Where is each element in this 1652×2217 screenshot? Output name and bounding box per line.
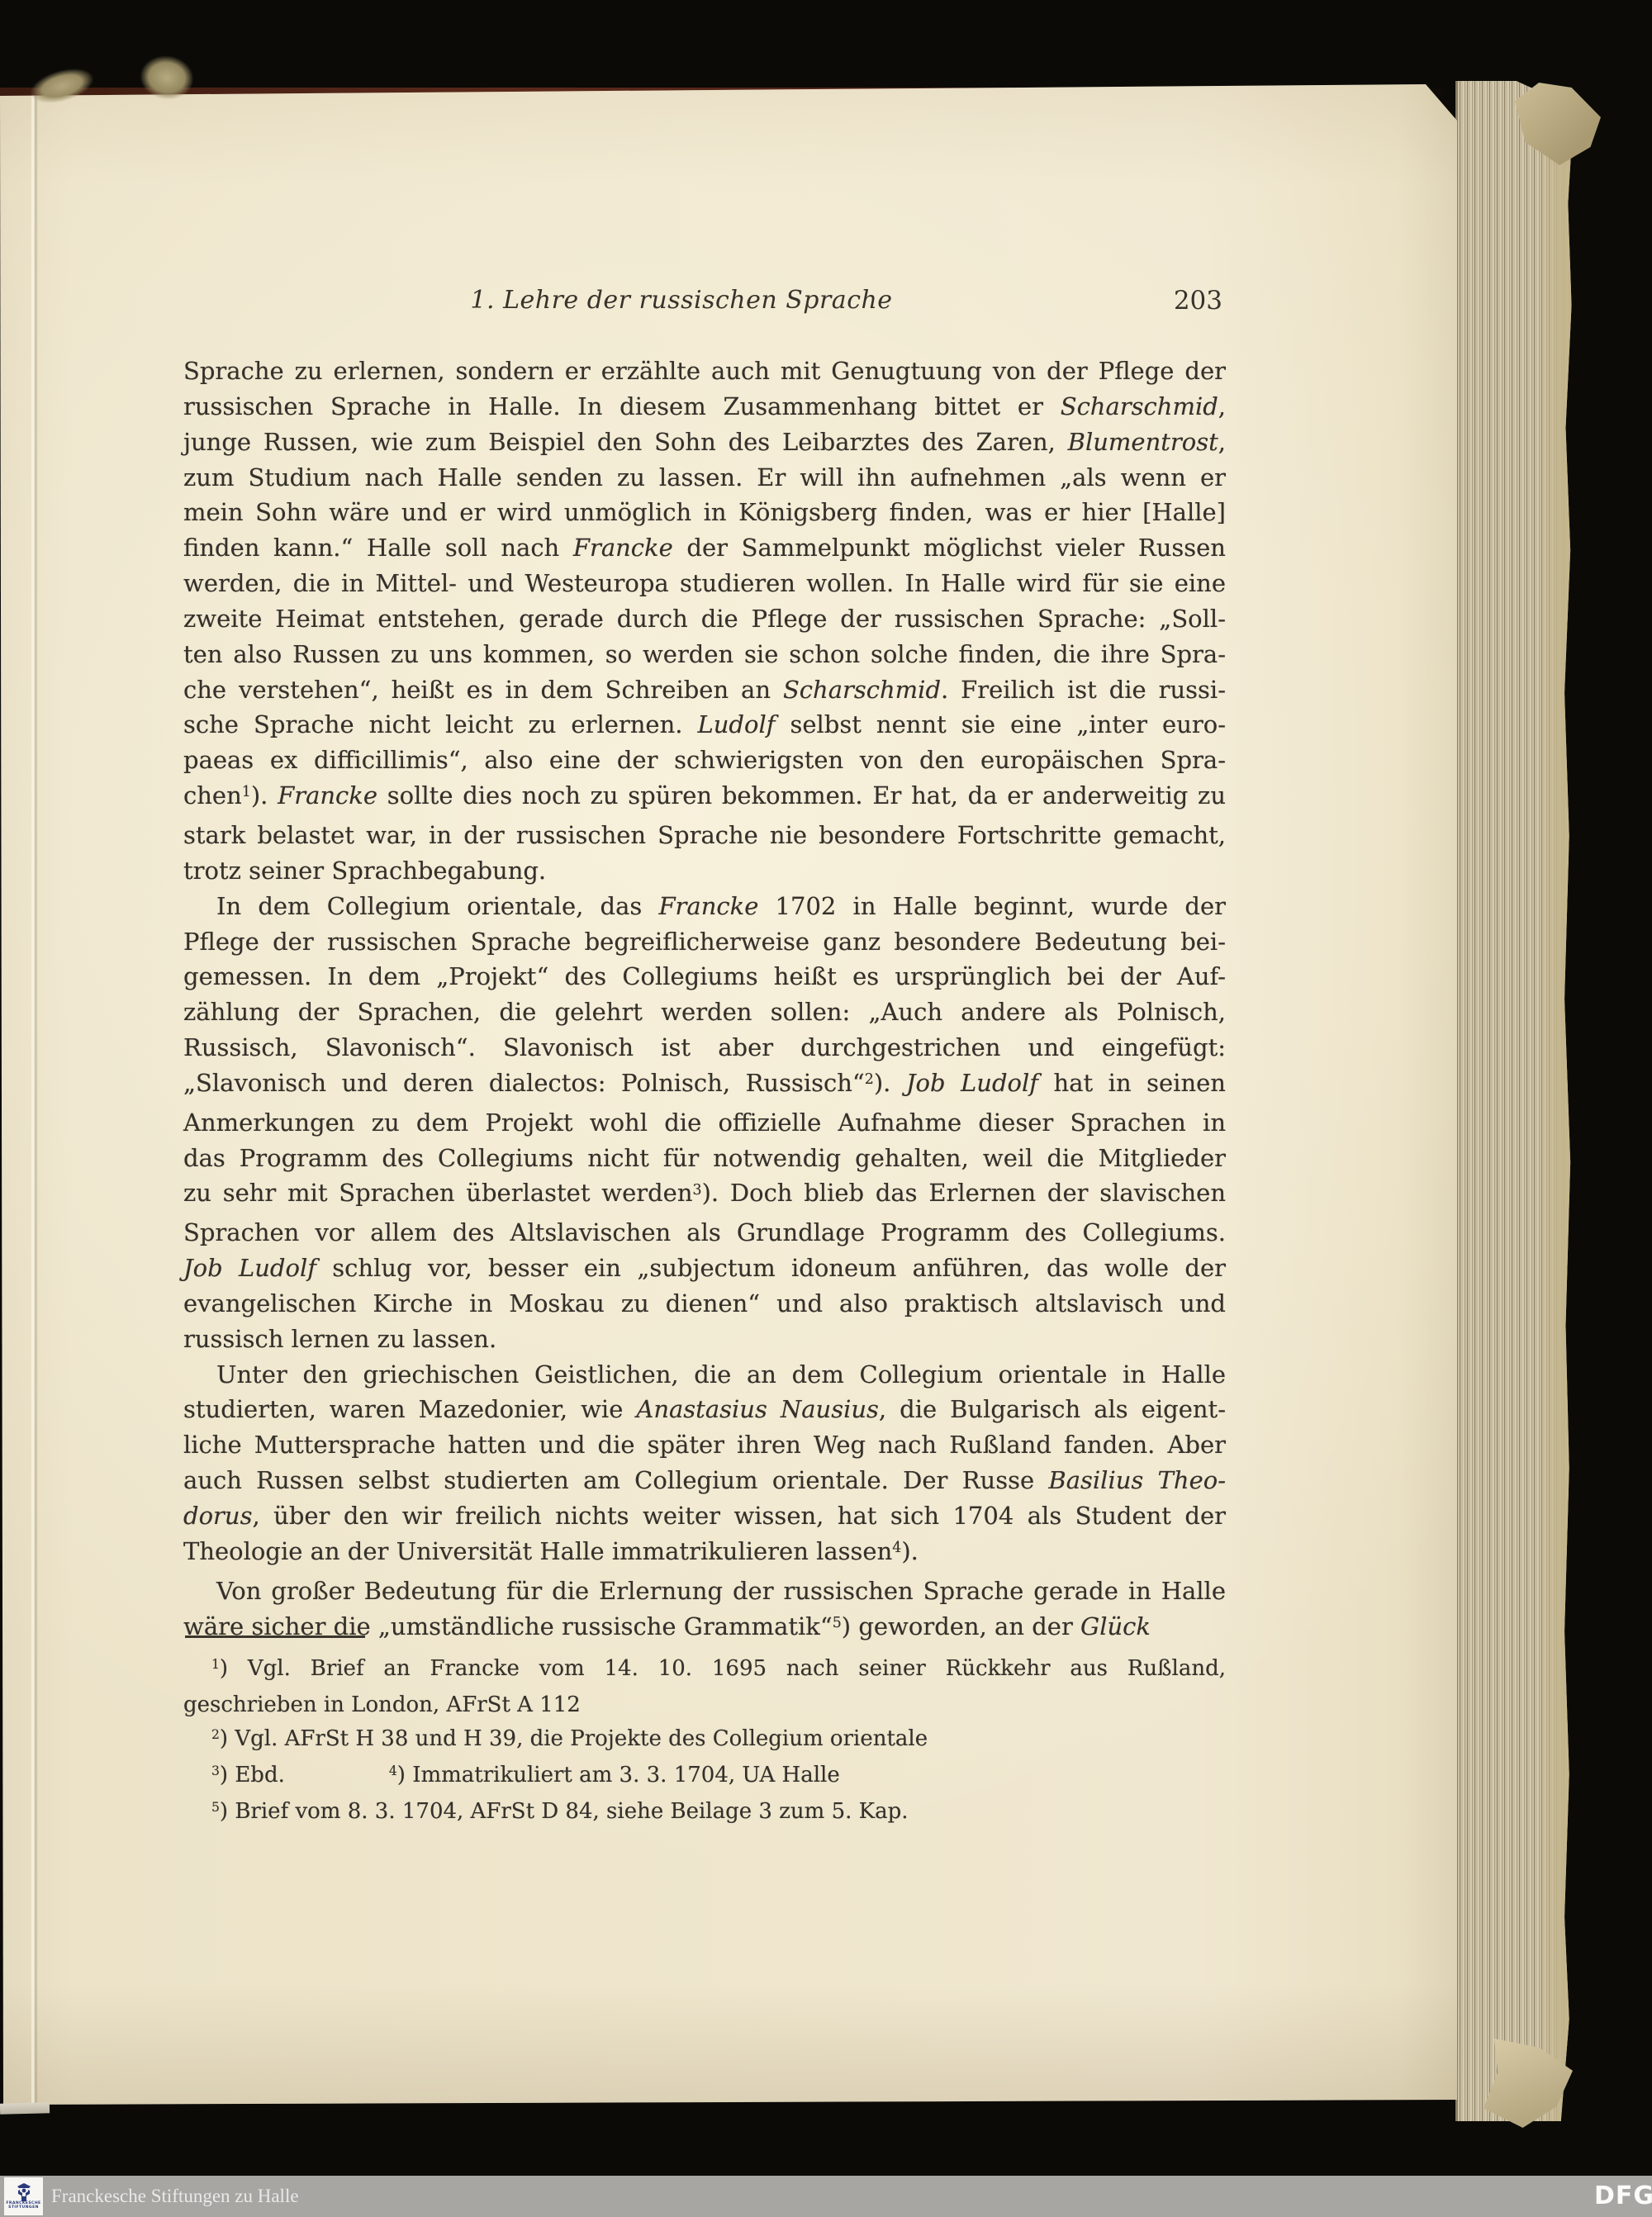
- text-run: auch Russen selbst studierten am Collegi…: [183, 1466, 1048, 1494]
- footnote-rule: [185, 1635, 365, 1638]
- text-line: auch Russen selbst studierten am Collegi…: [183, 1463, 1226, 1498]
- text-run: zu sehr mit Sprachen überlastet werden: [183, 1179, 693, 1207]
- text-run: paeas ex difficillimis“, also eine der s…: [183, 746, 1226, 774]
- text-line: Sprachen vor allem des Altslavischen als…: [183, 1215, 1226, 1251]
- text-run: ten also Russen zu uns kommen, so werden…: [183, 640, 1226, 668]
- text-line: studierten, waren Mazedonier, wie Anasta…: [183, 1392, 1226, 1427]
- text-run: ) Vgl. Brief an Francke vom 14. 10. 1695…: [220, 1656, 1226, 1681]
- text-line: Job Ludolf schlug vor, besser ein „subje…: [183, 1251, 1226, 1286]
- text-run: chen: [183, 781, 242, 809]
- page-crease: [31, 84, 38, 2105]
- footnote-marker: 2: [865, 1071, 874, 1088]
- footnote-line: 5) Brief vom 8. 3. 1704, AFrSt D 84, sie…: [183, 1795, 1226, 1831]
- text-run: ,: [1218, 428, 1226, 456]
- text-line: junge Russen, wie zum Beispiel den Sohn …: [183, 425, 1226, 460]
- footnote-marker: 5: [833, 1615, 842, 1631]
- text-line: zweite Heimat entstehen, gerade durch di…: [183, 601, 1226, 637]
- text-line: Theologie an der Universität Halle immat…: [183, 1534, 1226, 1574]
- text-line: zählung der Sprachen, die gelehrt werden…: [183, 995, 1226, 1030]
- italic-text: Francke: [278, 781, 377, 809]
- text-run: zweite Heimat entstehen, gerade durch di…: [183, 605, 1226, 633]
- text-run: hat in seinen: [1038, 1069, 1226, 1097]
- page-sheet: 1. Lehre der russischen Sprache 203 Spra…: [0, 84, 1457, 2105]
- text-line: Pflege der russischen Sprache begreiflic…: [183, 924, 1226, 960]
- text-run: liche Muttersprache hatten und die späte…: [183, 1431, 1226, 1459]
- text-line: das Programm des Collegiums nicht für no…: [183, 1141, 1226, 1176]
- book-fore-edge: [1455, 81, 1573, 2121]
- text-run: mein Sohn wäre und er wird unmöglich in …: [183, 498, 1226, 526]
- body-text: Sprache zu erlernen, sondern er erzählte…: [183, 354, 1226, 1648]
- italic-text: Blumentrost: [1068, 428, 1218, 456]
- underpage-edge: [0, 2102, 50, 2115]
- text-run: werden, die in Mittel- und Westeuropa st…: [183, 569, 1226, 597]
- dfg-logo: DFG: [1594, 2176, 1652, 2217]
- text-run: das Programm des Collegiums nicht für no…: [183, 1144, 1226, 1172]
- text-run: finden kann.“ Halle soll nach: [183, 534, 573, 562]
- text-run: Anmerkungen zu dem Projekt wohl die offi…: [183, 1108, 1226, 1137]
- footer-bar: FRANCKESCHE STIFTUNGEN Franckesche Stift…: [0, 2176, 1652, 2217]
- text-run: zum Studium nach Halle senden zu lassen.…: [183, 463, 1226, 491]
- text-line: Russisch, Slavonisch“. Slavonisch ist ab…: [183, 1030, 1226, 1066]
- text-run: der Sammelpunkt möglichst vieler Russen: [673, 534, 1226, 562]
- text-run: Pflege der russischen Sprache begreiflic…: [183, 928, 1226, 956]
- text-line: finden kann.“ Halle soll nach Francke de…: [183, 530, 1226, 566]
- text-line: liche Muttersprache hatten und die späte…: [183, 1427, 1226, 1463]
- text-run: ) Brief vom 8. 3. 1704, AFrSt D 84, sieh…: [220, 1799, 909, 1824]
- text-run: geschrieben in London, AFrSt A 112: [183, 1692, 581, 1717]
- text-run: stark belastet war, in der russischen Sp…: [183, 821, 1226, 849]
- text-line: wäre sicher die „umständliche russische …: [183, 1609, 1226, 1649]
- text-line: werden, die in Mittel- und Westeuropa st…: [183, 566, 1226, 601]
- text-run: selbst nennt sie eine „inter euro-: [775, 710, 1226, 738]
- text-run: ).: [901, 1537, 919, 1565]
- logo-text-line2: STIFTUNGEN: [8, 2205, 39, 2210]
- text-run: Unter den griechischen Geistlichen, die …: [216, 1360, 1226, 1389]
- footnote-marker: 4: [389, 1764, 397, 1778]
- text-run: 1702 in Halle beginnt, wurde der: [758, 892, 1226, 920]
- text-run: che verstehen“, heißt es in dem Schreibe…: [183, 676, 783, 704]
- text-run: evangelischen Kirche in Moskau zu dienen…: [183, 1289, 1226, 1317]
- footnote-marker: 2: [211, 1727, 220, 1742]
- text-run: . Freilich ist die russi-: [941, 676, 1226, 704]
- italic-text: Francke: [573, 534, 673, 562]
- text-run: ) geworden, an der: [842, 1612, 1080, 1640]
- text-run: sollte dies noch zu spüren bekommen. Er …: [377, 781, 1226, 809]
- text-line: dorus, über den wir freilich nichts weit…: [183, 1498, 1226, 1534]
- text-line: sche Sprache nicht leicht zu erlernen. L…: [183, 707, 1226, 743]
- chapter-title: 1. Lehre der russischen Sprache: [160, 286, 1203, 315]
- text-run: sche Sprache nicht leicht zu erlernen.: [183, 710, 698, 738]
- text-run: Theologie an der Universität Halle immat…: [183, 1537, 892, 1565]
- footnote-line: geschrieben in London, AFrSt A 112: [183, 1688, 1226, 1722]
- text-run: , über den wir freilich nichts weiter wi…: [252, 1502, 1226, 1530]
- italic-text: Scharschmid: [1061, 392, 1218, 420]
- text-line: trotz seiner Sprachbegabung.: [183, 853, 1226, 889]
- footnote-marker: 3: [211, 1764, 220, 1778]
- italic-text: Basilius Theo-: [1048, 1466, 1226, 1494]
- italic-text: Scharschmid: [783, 676, 941, 704]
- text-run: ) Immatrikuliert am 3. 3. 1704, UA Halle: [397, 1763, 840, 1787]
- text-run: ). Doch blieb das Erlernen der slavische…: [702, 1179, 1226, 1207]
- text-run: ).: [251, 781, 278, 809]
- italic-text: Francke: [658, 892, 758, 920]
- italic-text: Anastasius Nausius: [636, 1395, 879, 1423]
- italic-text: dorus: [183, 1502, 252, 1530]
- text-line: zu sehr mit Sprachen überlastet werden3)…: [183, 1175, 1226, 1215]
- institution-name: Franckesche Stiftungen zu Halle: [51, 2176, 299, 2217]
- text-line: russischen Sprache in Halle. In diesem Z…: [183, 389, 1226, 425]
- text-line: Sprache zu erlernen, sondern er erzählte…: [183, 354, 1226, 389]
- italic-text: Ludolf: [698, 710, 776, 738]
- text-line: gemessen. In dem „Projekt“ des Collegium…: [183, 959, 1226, 995]
- italic-text: Job Ludolf: [183, 1254, 316, 1282]
- text-run: ) Ebd.: [220, 1763, 285, 1787]
- text-run: ,: [1218, 392, 1226, 420]
- footnote-marker: 4: [892, 1540, 901, 1556]
- footnote-marker: 3: [693, 1182, 702, 1199]
- page-number: 203: [1174, 286, 1222, 316]
- text-line: paeas ex difficillimis“, also eine der s…: [183, 743, 1226, 778]
- text-line: mein Sohn wäre und er wird unmöglich in …: [183, 495, 1226, 530]
- text-line: zum Studium nach Halle senden zu lassen.…: [183, 460, 1226, 496]
- text-line: che verstehen“, heißt es in dem Schreibe…: [183, 672, 1226, 708]
- text-run: studierten, waren Mazedonier, wie: [183, 1395, 636, 1423]
- italic-text: Glück: [1080, 1612, 1151, 1640]
- text-line: Unter den griechischen Geistlichen, die …: [183, 1357, 1226, 1393]
- text-run: Sprachen vor allem des Altslavischen als…: [183, 1218, 1226, 1246]
- text-line: stark belastet war, in der russischen Sp…: [183, 818, 1226, 853]
- footnotes: 1) Vgl. Brief an Francke vom 14. 10. 169…: [183, 1652, 1226, 1831]
- francke-foundations-icon: [16, 2183, 32, 2201]
- text-run: junge Russen, wie zum Beispiel den Sohn …: [183, 428, 1068, 456]
- text-line: ten also Russen zu uns kommen, so werden…: [183, 637, 1226, 672]
- text-line: „Slavonisch und deren dialectos: Polnisc…: [183, 1066, 1226, 1105]
- text-run: ).: [874, 1069, 906, 1097]
- page-header: 1. Lehre der russischen Sprache 203: [183, 286, 1226, 322]
- text-run: In dem Collegium orientale, das: [216, 892, 658, 920]
- italic-text: Job Ludolf: [906, 1069, 1038, 1097]
- text-run: trotz seiner Sprachbegabung.: [183, 857, 546, 885]
- text-run: russischen Sprache in Halle. In diesem Z…: [183, 392, 1061, 420]
- text-run: russisch lernen zu lassen.: [183, 1325, 496, 1353]
- text-line: Von großer Bedeutung für die Erlernung d…: [183, 1574, 1226, 1609]
- text-run: gemessen. In dem „Projekt“ des Collegium…: [183, 962, 1226, 990]
- text-run: Sprache zu erlernen, sondern er erzählte…: [183, 357, 1226, 385]
- text-run: zählung der Sprachen, die gelehrt werden…: [183, 998, 1226, 1026]
- scan-canvas: 1. Lehre der russischen Sprache 203 Spra…: [0, 0, 1652, 2217]
- footnote-marker: 1: [211, 1657, 220, 1672]
- text-run: „Slavonisch und deren dialectos: Polnisc…: [183, 1069, 865, 1097]
- text-line: russisch lernen zu lassen.: [183, 1322, 1226, 1357]
- text-run: Von großer Bedeutung für die Erlernung d…: [216, 1577, 1226, 1605]
- text-run: Russisch, Slavonisch“. Slavonisch ist ab…: [183, 1033, 1226, 1061]
- text-line: evangelischen Kirche in Moskau zu dienen…: [183, 1286, 1226, 1322]
- footnote-line: 2) Vgl. AFrSt H 38 und H 39, die Projekt…: [183, 1722, 1226, 1759]
- footnote-marker: 1: [242, 784, 251, 800]
- text-line: Anmerkungen zu dem Projekt wohl die offi…: [183, 1105, 1226, 1141]
- text-run: ) Vgl. AFrSt H 38 und H 39, die Projekte…: [220, 1726, 928, 1751]
- footnote-marker: 5: [211, 1800, 220, 1815]
- institution-logo: FRANCKESCHE STIFTUNGEN: [4, 2177, 43, 2215]
- text-line: chen1). Francke sollte dies noch zu spür…: [183, 778, 1226, 818]
- text-line: In dem Collegium orientale, das Francke …: [183, 889, 1226, 924]
- footnote-line: 3) Ebd.4) Immatrikuliert am 3. 3. 1704, …: [183, 1759, 1226, 1795]
- text-run: , die Bulgarisch als eigent-: [879, 1395, 1226, 1423]
- footnote-line: 1) Vgl. Brief an Francke vom 14. 10. 169…: [183, 1652, 1226, 1688]
- text-run: schlug vor, besser ein „subjectum idoneu…: [316, 1254, 1226, 1282]
